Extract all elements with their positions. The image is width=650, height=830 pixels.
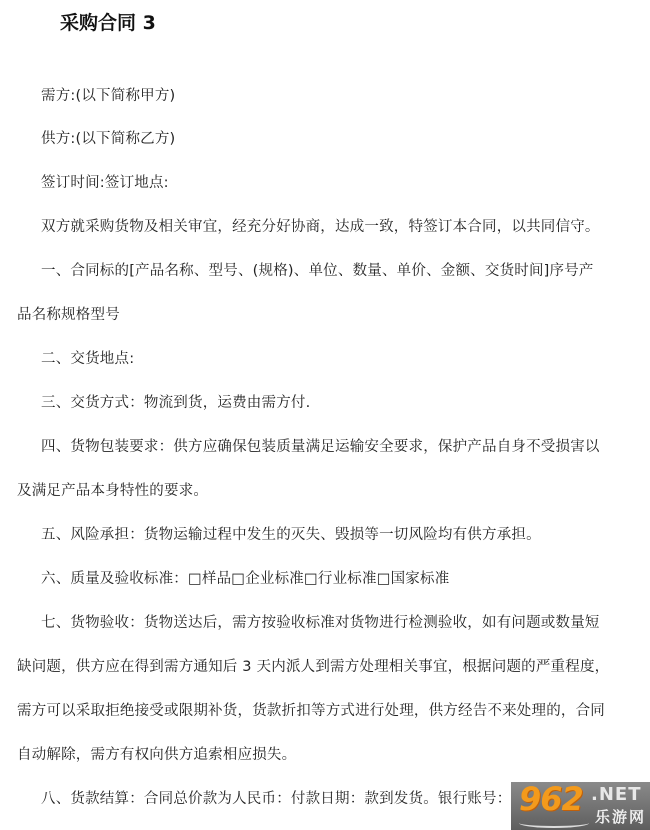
clause-signing: 签订时间:签订地点: [41, 171, 169, 192]
watermark-number: 962 [519, 782, 583, 818]
clause-buyer: 需方:(以下简称甲方) [41, 84, 175, 105]
clause-preamble: 双方就采购货物及相关审宜，经充分好协商，达成一致，特签订本合同，以共同信守。 [41, 215, 600, 236]
watermark-logo: 962 .NET 乐游网 [511, 782, 650, 830]
clause-5: 五、风险承担：货物运输过程中发生的灭失、毁损等一切风险均有供方承担。 [41, 523, 541, 544]
clause-7: 七、货物验收：货物送达后，需方按验收标准对货物进行检测验收，如有问题或数量短 [41, 611, 600, 632]
clause-7-cont-3: 自动解除，需方有权向供方追索相应损失。 [17, 743, 296, 764]
clause-4-cont: 及满足产品本身特性的要求。 [17, 479, 208, 500]
clause-8: 八、货款结算：合同总价款为人民币：付款日期：款到发货。银行账号： [41, 787, 511, 808]
watermark-domain: .NET [591, 784, 641, 805]
clause-6: 六、质量及验收标准：□样品□企业标准□行业标准□国家标准 [41, 567, 449, 588]
clause-1: 一、合同标的[产品名称、型号、(规格)、单位、数量、单价、金额、交货时间]序号产 [41, 259, 594, 280]
clause-4: 四、货物包装要求：供方应确保包装质量满足运输安全要求，保护产品自身不受损害以 [41, 435, 600, 456]
watermark-name: 乐游网 [595, 806, 646, 827]
swoosh-icon [519, 818, 589, 828]
clause-2: 二、交货地点: [41, 347, 134, 368]
clause-1-cont: 品名称规格型号 [17, 303, 120, 324]
clause-7-cont-2: 需方可以采取拒绝接受或限期补货，货款折扣等方式进行处理，供方经告不来处理的，合同 [17, 699, 605, 720]
clause-3: 三、交货方式：物流到货，运费由需方付. [41, 391, 310, 412]
document-title: 采购合同 3 [60, 8, 156, 35]
clause-7-cont-1: 缺问题，供方应在得到需方通知后 3 天内派人到需方处理相关事宜，根据问题的严重程… [17, 655, 609, 676]
clause-supplier: 供方:(以下简称乙方) [41, 127, 175, 148]
